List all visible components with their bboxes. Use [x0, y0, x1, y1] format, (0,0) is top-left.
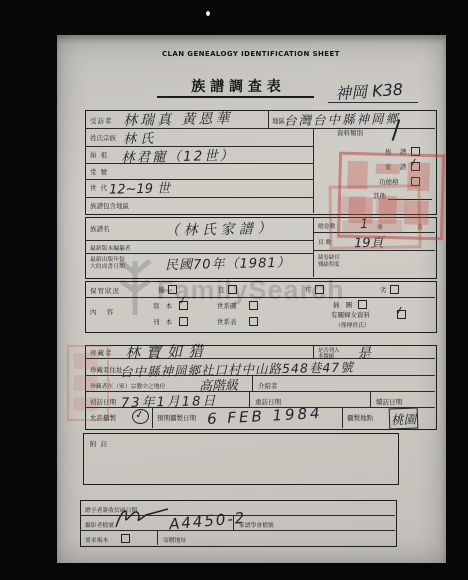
genealogy-title-value: （ 林 氏 家 譜 ）	[165, 218, 272, 240]
generations-value: 12~19 世	[109, 177, 170, 197]
revisit-label: 重訪日期	[255, 397, 281, 406]
founder-label: 始 祖	[90, 150, 108, 159]
interviewee-label: 受訪者	[90, 116, 113, 125]
table-line	[249, 391, 250, 407]
table-line	[85, 240, 313, 241]
copy-request-checkbox	[121, 534, 130, 543]
table-checkbox	[249, 317, 258, 326]
grade-label: 優	[158, 285, 166, 294]
region-value: 台灣台中縣神岡鄉	[284, 109, 400, 129]
film-place-box: 桃園	[389, 408, 419, 430]
table-line	[85, 297, 435, 298]
hall-label: 堂 號	[90, 167, 108, 176]
film-annotation-underline	[328, 102, 418, 103]
grade-label: 良	[218, 285, 226, 294]
photographer-label: 攝影者檔號	[85, 520, 114, 529]
table-line	[313, 345, 314, 358]
film-place-label: 攝製地點	[347, 413, 373, 422]
table-line	[157, 530, 158, 545]
women-note: （僅傳姓氏）	[335, 320, 370, 329]
manuscript-label: 寫 本	[153, 301, 174, 310]
surname-value: 林 氏	[123, 128, 154, 148]
keep-label: 保管狀況	[90, 286, 120, 295]
illustration-label: 插 圖	[333, 300, 354, 309]
table-line	[370, 391, 371, 407]
society-label: 家譜學會檔號	[239, 520, 274, 529]
grade-label: 可	[305, 285, 313, 294]
table-label: 世系表	[217, 317, 237, 326]
women-checkmark: ✓	[394, 303, 405, 317]
title-underline	[157, 96, 314, 98]
print-label: 刊 本	[153, 317, 174, 326]
grade-checkbox	[228, 285, 237, 294]
surname-label: 姓氏宗族	[90, 133, 116, 142]
table-line	[342, 407, 343, 428]
dust-speck	[206, 11, 210, 16]
document-page: FamilySearch CLAN GENEALOGY IDENTIFICATI…	[57, 35, 446, 563]
film-date-label: 預期攝製日期	[157, 413, 196, 422]
film-place-value: 桃園	[391, 412, 417, 428]
grade-label: 劣	[380, 285, 388, 294]
introducer-label: 介紹者	[258, 381, 278, 390]
table-line	[313, 217, 314, 277]
publication-label-line2: 大約成書日期	[90, 261, 125, 270]
faint-red-seal	[67, 345, 109, 421]
chart-label: 世系圖	[217, 301, 237, 310]
notes-label: 附 註	[90, 439, 108, 448]
founder-value: 林君寵（12世）	[121, 144, 236, 166]
grade-checkbox	[315, 285, 324, 294]
compiler-label: 最新版本編纂者	[90, 243, 131, 252]
publication-value: 民國70年（1981）	[165, 252, 291, 274]
print-checkbox	[179, 317, 188, 326]
material-category-label: 資料類別	[337, 128, 363, 137]
content-label: 內 容	[90, 307, 117, 316]
notes-box	[83, 433, 399, 485]
next-visit-label: 續訪日期	[376, 397, 402, 406]
illustration-checkbox	[358, 300, 367, 309]
interviewee-value: 林瑞真 黃恩華	[123, 108, 233, 130]
english-header: CLAN GENEALOGY IDENTIFICATION SHEET	[162, 50, 327, 58]
women-label: 有關婦女資料	[331, 310, 370, 319]
missing-label-line2: 殘缺程度	[318, 260, 340, 268]
table-line	[313, 128, 314, 213]
manuscript-checkmark: ✓	[177, 293, 188, 307]
copy-request-label: 要求複本	[85, 535, 108, 544]
coverage-label: 族譜包含地區	[90, 201, 129, 210]
photographer-signature	[112, 505, 172, 531]
red-seal-stamp-overlap	[328, 184, 421, 250]
film-annotation: 神岡 K38	[334, 77, 403, 105]
table-line	[268, 110, 269, 128]
genealogy-title-label: 族譜名	[90, 224, 110, 233]
chart-checkbox	[249, 301, 258, 310]
collector-name-value: 林寶如猎	[125, 340, 209, 363]
send-address-label: 寄贈地址	[163, 535, 186, 544]
microfilm-value: 是	[357, 343, 371, 363]
grade-checkbox	[390, 285, 399, 294]
generations-label: 世 代	[90, 183, 108, 192]
grade-checkbox	[168, 285, 177, 294]
form-title: 族 譜 調 查 表	[157, 76, 315, 96]
